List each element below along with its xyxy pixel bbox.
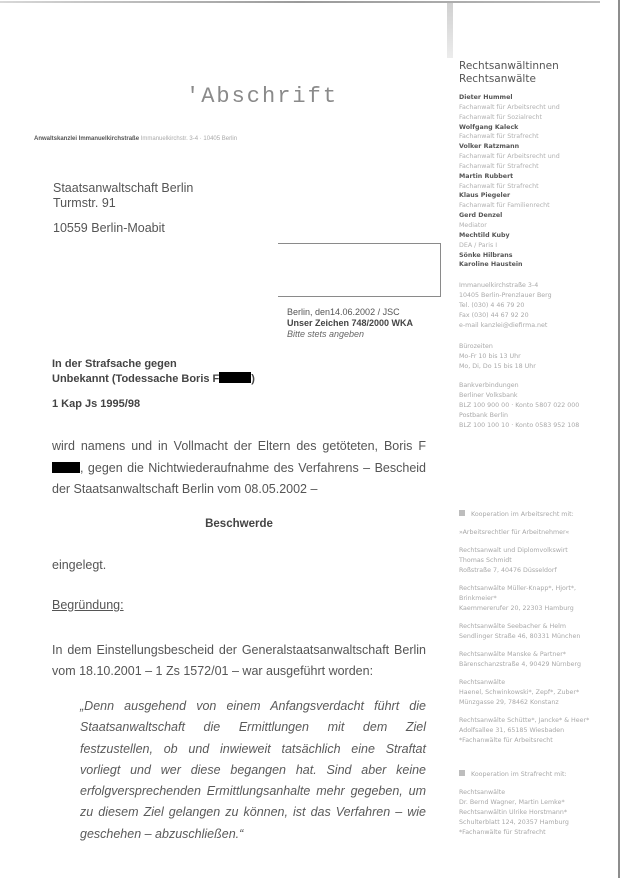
- letterhead-title-line2: Rechtsanwälte: [459, 73, 559, 86]
- cooperation-title-text: Kooperation im Strafrecht mit:: [471, 771, 567, 778]
- partner-line: Haenel, Schwinkowski*, Zepf*, Zuber*: [459, 688, 619, 698]
- bank-details: BankverbindungenBerliner VolksbankBLZ 10…: [459, 381, 579, 431]
- bank-line: Postbank Berlin: [459, 411, 579, 421]
- bank-line: Bankverbindungen: [459, 381, 579, 391]
- copy-stamp: 'Abschrift: [186, 84, 338, 109]
- date-reference-block: Berlin, den14.06.2002 / JSC Unser Zeiche…: [287, 307, 413, 340]
- partner-line: Rechtsanwälte: [459, 788, 619, 798]
- recipient-line2: Turmstr. 91: [53, 196, 193, 211]
- partner-line: Rechtsanwälte Manske & Partner*: [459, 650, 619, 660]
- partner-line: Kaemmererufer 20, 22303 Hamburg: [459, 604, 619, 614]
- lawyer-name: Martin Rubbert: [459, 172, 619, 182]
- partner-line: Münzgasse 29, 78462 Konstanz: [459, 698, 619, 708]
- lawyer-specialty: Fachanwalt für Strafrecht: [459, 182, 619, 192]
- hours-line: Bürozeiten: [459, 342, 536, 352]
- page-top-edge: [0, 1, 600, 3]
- lawyer-specialty: Fachanwalt für Sozialrecht: [459, 113, 619, 123]
- partner-line: *Fachanwälte für Arbeitsrecht: [459, 736, 619, 746]
- partner-line: Rechtsanwälte: [459, 678, 619, 688]
- hours-line: Mo-Fr 10 bis 13 Uhr: [459, 352, 536, 362]
- lawyer-specialty: Fachanwalt für Familienrecht: [459, 201, 619, 211]
- cooperation-title-text: Kooperation im Arbeitsrecht mit:: [471, 511, 574, 518]
- body-paragraph-2: In dem Einstellungsbescheid der Generals…: [52, 640, 426, 682]
- square-bullet-icon: [459, 770, 465, 776]
- cooperation-labor-law: Kooperation im Arbeitsrecht mit:»Arbeits…: [459, 510, 619, 746]
- quoted-decision: „Denn ausgehend von einem Anfangsverdach…: [80, 696, 426, 845]
- bank-line: Berliner Volksbank: [459, 391, 579, 401]
- recipient-line1: Staatsanwaltschaft Berlin: [53, 181, 193, 196]
- cooperation-partner: RechtsanwälteHaenel, Schwinkowski*, Zepf…: [459, 678, 619, 708]
- bank-line: BLZ 100 100 10 · Konto 0583 952 108: [459, 421, 579, 431]
- sender-return-line: Anwaltskanzlei Immanuelkirchstraße Imman…: [34, 136, 237, 142]
- lawyer-name: Wolfgang Kaleck: [459, 123, 619, 133]
- lawyer-specialty: Mediator: [459, 221, 619, 231]
- address-line: Immanuelkirchstraße 3-4: [459, 281, 552, 291]
- cooperation-criminal-law: Kooperation im Strafrecht mit:Rechtsanwä…: [459, 770, 619, 838]
- lawyer-specialty: Fachanwalt für Arbeitsrecht und: [459, 103, 619, 113]
- sender-address: Immanuelkirchstr. 3-4 · 10405 Berlin: [141, 136, 237, 142]
- lawyer-specialty: Fachanwalt für Arbeitsrecht und: [459, 152, 619, 162]
- cooperation-partner: Rechtsanwälte Seebacher & HelmSendlinger…: [459, 622, 619, 642]
- partner-line: Adolfsallee 31, 65185 Wiesbaden: [459, 726, 619, 736]
- our-reference: Unser Zeichen 748/2000 WKA: [287, 318, 413, 329]
- lawyer-name: Mechtild Kuby: [459, 231, 619, 241]
- case-line2-text: Unbekannt (Todessache Boris F: [52, 373, 219, 385]
- partner-line: Brinkmeier*: [459, 594, 619, 604]
- cooperation-title: Kooperation im Arbeitsrecht mit:: [459, 510, 619, 520]
- partner-line: Thomas Schmidt: [459, 556, 619, 566]
- redaction-bar: [52, 462, 80, 473]
- redaction-bar: [219, 372, 251, 383]
- partner-line: Roßstraße 7, 40476 Düsseldorf: [459, 566, 619, 576]
- complaint-heading: Beschwerde: [52, 518, 426, 530]
- reasoning-heading: Begründung:: [52, 598, 124, 612]
- lawyer-name: Gerd Denzel: [459, 211, 619, 221]
- partner-line: Rechtsanwälte Seebacher & Helm: [459, 622, 619, 632]
- lawyer-specialty: Fachanwalt für Strafrecht: [459, 132, 619, 142]
- cooperation-partner: »Arbeitsrechtler für Arbeitnehmer«: [459, 528, 619, 538]
- bank-line: BLZ 100 900 00 · Konto 5807 022 000: [459, 401, 579, 411]
- square-bullet-icon: [459, 510, 465, 516]
- letterhead-title-line1: Rechtsanwältinnen: [459, 60, 559, 73]
- sender-firm: Anwaltskanzlei Immanuelkirchstraße: [34, 136, 139, 142]
- case-subject: In der Strafsache gegen Unbekannt (Todes…: [52, 358, 255, 412]
- lawyer-name: Klaus Piegeler: [459, 191, 619, 201]
- address-line: 10405 Berlin-Prenzlauer Berg: [459, 291, 552, 301]
- lawyer-specialty: DEA / Paris I: [459, 241, 619, 251]
- recipient-city: 10559 Berlin-Moabit: [53, 221, 193, 236]
- partner-line: *Fachanwälte für Strafrecht: [459, 828, 619, 838]
- partner-line: Schulterblatt 124, 20357 Hamburg: [459, 818, 619, 828]
- case-line1: In der Strafsache gegen: [52, 358, 255, 372]
- lawyer-specialty: Fachanwalt für Strafrecht: [459, 162, 619, 172]
- case-line2: Unbekannt (Todessache Boris F): [52, 372, 255, 387]
- cooperation-partner: Rechtsanwälte Manske & Partner*Bärenscha…: [459, 650, 619, 670]
- lawyer-name: Volker Ratzmann: [459, 142, 619, 152]
- recipient-address: Staatsanwaltschaft Berlin Turmstr. 91 10…: [53, 181, 193, 236]
- partner-line: Rechtsanwalt und Diplomvolkswirt: [459, 546, 619, 556]
- cooperation-partner: Rechtsanwälte Müller-Knapp*, Hjort*,Brin…: [459, 584, 619, 614]
- letterhead-accent-bar: [447, 3, 453, 58]
- lawyer-list: Dieter HummelFachanwalt für Arbeitsrecht…: [459, 93, 619, 270]
- lawyer-name: Dieter Hummel: [459, 93, 619, 103]
- partner-line: Bärenschanzstraße 4, 90429 Nürnberg: [459, 660, 619, 670]
- cooperation-partner: Rechtsanwalt und DiplomvolkswirtThomas S…: [459, 546, 619, 576]
- firm-address: Immanuelkirchstraße 3-410405 Berlin-Pren…: [459, 281, 552, 331]
- address-line: Fax (030) 44 67 92 20: [459, 311, 552, 321]
- body-paragraph-1: wird namens und in Vollmacht der Eltern …: [52, 436, 426, 501]
- hours-line: Mo, Di, Do 15 bis 18 Uhr: [459, 362, 536, 372]
- partner-line: Rechtsanwälte Müller-Knapp*, Hjort*,: [459, 584, 619, 594]
- letter-date: Berlin, den14.06.2002 / JSC: [287, 307, 413, 318]
- file-number: 1 Kap Js 1995/98: [52, 398, 255, 412]
- office-hours: BürozeitenMo-Fr 10 bis 13 UhrMo, Di, Do …: [459, 342, 536, 372]
- lawyer-name: Karoline Haustein: [459, 260, 619, 270]
- address-window-frame: [278, 243, 441, 297]
- lawyer-name: Sönke Hilbrans: [459, 251, 619, 261]
- case-line2-suffix: ): [251, 373, 255, 385]
- letterhead-title: Rechtsanwältinnen Rechtsanwälte: [459, 60, 559, 86]
- address-line: e-mail kanzlei@diefirma.net: [459, 321, 552, 331]
- cooperation-partner: Rechtsanwälte Schütte*, Jancke* & Heer*A…: [459, 716, 619, 746]
- cooperation-title: Kooperation im Strafrecht mit:: [459, 770, 619, 780]
- para1-text: wird namens und in Vollmacht der Eltern …: [52, 439, 426, 453]
- address-line: Tel. (030) 4 46 79 20: [459, 301, 552, 311]
- partner-line: Sendlinger Straße 46, 80331 München: [459, 632, 619, 642]
- partner-line: »Arbeitsrechtler für Arbeitnehmer«: [459, 528, 619, 538]
- partner-line: Dr. Bernd Wagner, Martin Lemke*: [459, 798, 619, 808]
- reference-note: Bitte stets angeben: [287, 329, 413, 340]
- cooperation-partner: RechtsanwälteDr. Bernd Wagner, Martin Le…: [459, 788, 619, 838]
- filed-text: eingelegt.: [52, 558, 106, 572]
- partner-line: Rechtsanwältin Ulrike Horstmann*: [459, 808, 619, 818]
- partner-line: Rechtsanwälte Schütte*, Jancke* & Heer*: [459, 716, 619, 726]
- para1-rest: , gegen die Nichtwiederaufnahme des Verf…: [52, 461, 426, 497]
